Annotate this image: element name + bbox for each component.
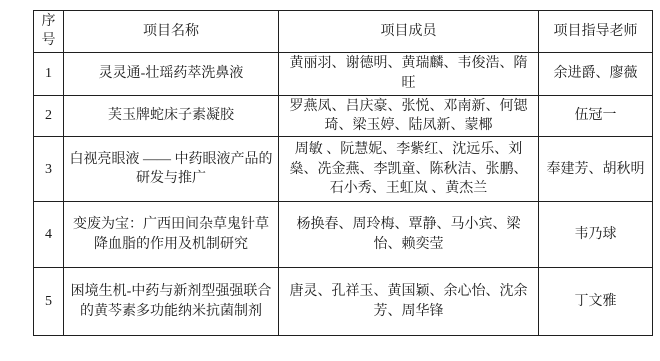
cell-project-name: 白视亮眼液 —— 中药眼液产品的研发与推广 [64,137,279,202]
table-row: 3 白视亮眼液 —— 中药眼液产品的研发与推广 周敏 、阮慧妮、李紫红、沈远乐、… [34,137,653,202]
cell-project-members: 唐灵、孔祥玉、黄国颖、余心怡、沈余芳、周华锋 [279,268,539,336]
table-row: 5 困境生机-中药与新剂型强强联合的黄芩素多功能纳米抗菌制剂 唐灵、孔祥玉、黄国… [34,268,653,336]
project-list-table: 序号 项目名称 项目成员 项目指导老师 1 灵灵通-壮瑶药萃洗鼻液 黄丽羽、谢德… [33,10,653,336]
cell-project-teacher: 伍冠一 [539,95,653,137]
cell-number: 4 [34,202,64,268]
cell-project-teacher: 余进爵、廖薇 [539,52,653,95]
cell-number: 2 [34,95,64,137]
cell-project-members: 周敏 、阮慧妮、李紫红、沈远乐、刘燊、冼金燕、李凯童、陈秋洁、张鹏、石小秀、王虹… [279,137,539,202]
cell-number: 1 [34,52,64,95]
header-cell-project-teacher: 项目指导老师 [539,11,653,53]
header-cell-project-members: 项目成员 [279,11,539,53]
cell-project-teacher: 奉建芳、胡秋明 [539,137,653,202]
cell-project-teacher: 丁文雅 [539,268,653,336]
header-cell-project-name: 项目名称 [64,11,279,53]
cell-number: 3 [34,137,64,202]
cell-project-name: 芙玉牌蛇床子素凝胶 [64,95,279,137]
table-header-row: 序号 项目名称 项目成员 项目指导老师 [34,11,653,53]
cell-project-name: 灵灵通-壮瑶药萃洗鼻液 [64,52,279,95]
header-cell-number: 序号 [34,11,64,53]
cell-number: 5 [34,268,64,336]
cell-project-members: 罗燕凤、吕庆豪、张悦、邓南新、何锶琦、梁玉婷、陆凤新、蒙椰 [279,95,539,137]
table-row: 2 芙玉牌蛇床子素凝胶 罗燕凤、吕庆豪、张悦、邓南新、何锶琦、梁玉婷、陆凤新、蒙… [34,95,653,137]
cell-project-members: 杨换春、周玲梅、覃静、马小宾、梁怡、赖奕莹 [279,202,539,268]
cell-project-teacher: 韦乃球 [539,202,653,268]
table-row: 1 灵灵通-壮瑶药萃洗鼻液 黄丽羽、谢德明、黄瑞麟、韦俊浩、隋旺 余进爵、廖薇 [34,52,653,95]
cell-project-name: 困境生机-中药与新剂型强强联合的黄芩素多功能纳米抗菌制剂 [64,268,279,336]
table-row: 4 变废为宝：广西田间杂草鬼针草降血脂的作用及机制研究 杨换春、周玲梅、覃静、马… [34,202,653,268]
cell-project-members: 黄丽羽、谢德明、黄瑞麟、韦俊浩、隋旺 [279,52,539,95]
cell-project-name: 变废为宝：广西田间杂草鬼针草降血脂的作用及机制研究 [64,202,279,268]
